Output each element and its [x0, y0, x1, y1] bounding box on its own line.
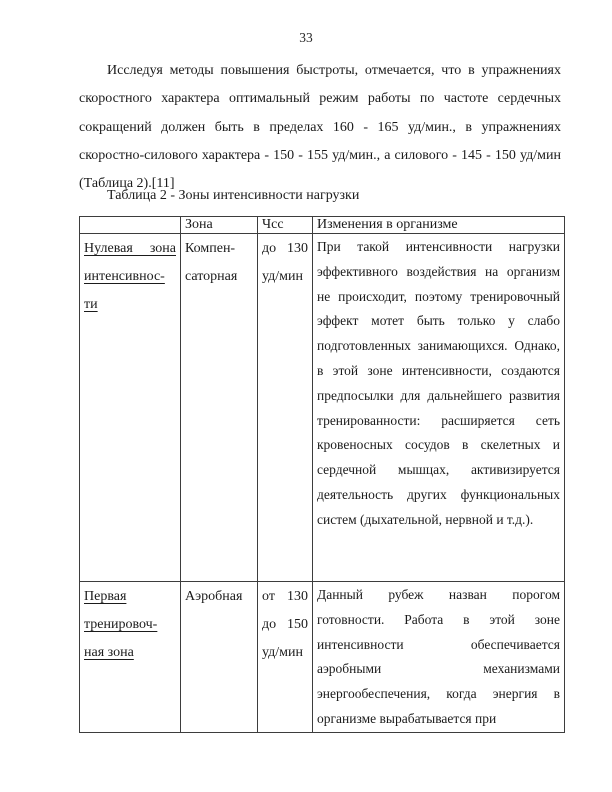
cell-line: тренировоч- [84, 611, 176, 639]
cell-line: уд/мин [262, 639, 308, 667]
cell-line: ти [84, 291, 176, 319]
cell-line: Первая [84, 583, 176, 611]
header-cell-empty [80, 217, 181, 234]
cell-line: уд/мин [262, 263, 308, 291]
cell-heart-rate: до 130уд/мин [258, 234, 313, 582]
header-cell-changes: Изменения в организме [313, 217, 565, 234]
cell-body-changes: Данный рубеж назван порогом готовности. … [313, 582, 565, 733]
cell-line: Нулевая зона [84, 235, 176, 263]
page-number: 33 [0, 30, 612, 46]
header-cell-zone: Зона [181, 217, 258, 234]
table-row-zero-zone: Нулевая зонаинтенсивнос-ти Компен-саторн… [80, 234, 565, 582]
cell-line: до 130 [262, 235, 308, 263]
cell-zone-type: Аэробная [181, 582, 258, 733]
cell-heart-rate: от 130до 150уд/мин [258, 582, 313, 733]
cell-line: до 150 [262, 611, 308, 639]
cell-zone-name: Нулевая зонаинтенсивнос-ти [80, 234, 181, 582]
cell-line: интенсивнос- [84, 263, 176, 291]
cell-line: ная зона [84, 639, 176, 667]
body-paragraph: Исследуя методы повышения быстроты, отме… [79, 57, 561, 198]
changes-text: При такой интенсивности нагрузки эффекти… [317, 235, 560, 533]
cell-line: Компен- [185, 235, 253, 263]
table-caption: Таблица 2 - Зоны интенсивности нагрузки [107, 186, 359, 206]
intensity-zones-table: Зона Чсс Изменения в организме Нулевая з… [79, 216, 565, 733]
table-header-row: Зона Чсс Изменения в организме [80, 217, 565, 234]
document-page: { "page": { "number": "33" }, "paragraph… [0, 0, 612, 792]
cell-line: Аэробная [185, 583, 253, 611]
cell-zone-name: Перваятренировоч-ная зона [80, 582, 181, 733]
changes-text: Данный рубеж назван порогом готовности. … [317, 583, 560, 732]
cell-line: саторная [185, 263, 253, 291]
cell-zone-type: Компен-саторная [181, 234, 258, 582]
header-cell-heart-rate: Чсс [258, 217, 313, 234]
table-row-first-zone: Перваятренировоч-ная зона Аэробная от 13… [80, 582, 565, 733]
cell-body-changes: При такой интенсивности нагрузки эффекти… [313, 234, 565, 582]
cell-line: от 130 [262, 583, 308, 611]
